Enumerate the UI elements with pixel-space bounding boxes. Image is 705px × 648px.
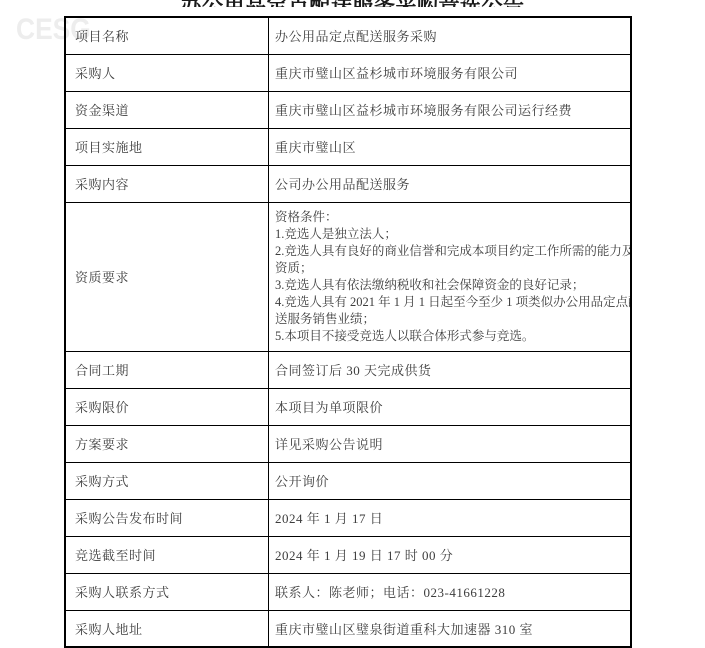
row-label: 采购内容 [65,165,269,202]
row-value: 资格条件： 1.竞选人是独立法人； 2.竞选人具有良好的商业信誉和完成本项目约定… [269,202,632,351]
row-value: 合同签订后 30 天完成供货 [269,351,632,388]
row-label: 采购人联系方式 [65,573,269,610]
qualification-line: 3.竞选人具有依法缴纳税收和社会保障资金的良好记录； [275,277,622,294]
row-value: 本项目为单项限价 [269,388,632,425]
row-label: 合同工期 [65,351,269,388]
row-value: 重庆市璧山区益杉城市环境服务有限公司运行经费 [269,91,632,128]
row-label: 采购限价 [65,388,269,425]
table-row: 采购人地址 重庆市璧山区璧泉街道重科大加速器 310 室 [65,610,631,647]
qualification-line: 4.竞选人具有 2021 年 1 月 1 日起至今至少 1 项类似办公用品定点配 [275,294,622,311]
row-label: 方案要求 [65,425,269,462]
qualification-line: 资质； [275,260,622,277]
table-row: 项目实施地 重庆市璧山区 [65,128,631,165]
row-label: 竞选截至时间 [65,536,269,573]
table-row: 采购人 重庆市璧山区益杉城市环境服务有限公司 [65,54,631,91]
row-value: 详见采购公告说明 [269,425,632,462]
table-row: 采购人联系方式 联系人：陈老师；电话：023-41661228 [65,573,631,610]
table-row: 采购公告发布时间 2024 年 1 月 17 日 [65,499,631,536]
row-label: 采购人 [65,54,269,91]
qualification-line: 1.竞选人是独立法人； [275,226,622,243]
table-row-qualifications: 资质要求 资格条件： 1.竞选人是独立法人； 2.竞选人具有良好的商业信誉和完成… [65,202,631,351]
row-value: 办公用品定点配送服务采购 [269,17,632,54]
table-row: 采购内容 公司办公用品配送服务 [65,165,631,202]
row-value: 公开询价 [269,462,632,499]
row-label: 项目名称 [65,17,269,54]
row-value: 联系人：陈老师；电话：023-41661228 [269,573,632,610]
table-row: 合同工期 合同签订后 30 天完成供货 [65,351,631,388]
table-row: 采购方式 公开询价 [65,462,631,499]
qualification-line: 5.本项目不接受竞选人以联合体形式参与竞选。 [275,328,622,345]
qualification-line: 2.竞选人具有良好的商业信誉和完成本项目约定工作所需的能力及 [275,243,622,260]
table-row: 资金渠道 重庆市璧山区益杉城市环境服务有限公司运行经费 [65,91,631,128]
row-value: 重庆市璧山区 [269,128,632,165]
qualification-line: 送服务销售业绩； [275,311,622,328]
row-value: 公司办公用品配送服务 [269,165,632,202]
table-row: 项目名称 办公用品定点配送服务采购 [65,17,631,54]
clipped-page-title: 办公用品定点配送服务采购竞选公告 [0,0,705,7]
qualification-line: 资格条件： [275,209,622,226]
table-row: 竞选截至时间 2024 年 1 月 19 日 17 时 00 分 [65,536,631,573]
row-value: 2024 年 1 月 19 日 17 时 00 分 [269,536,632,573]
row-label: 资质要求 [65,202,269,351]
row-label: 资金渠道 [65,91,269,128]
page-title-text: 办公用品定点配送服务采购竞选公告 [181,0,525,7]
row-label: 采购方式 [65,462,269,499]
row-label: 项目实施地 [65,128,269,165]
row-value: 重庆市璧山区璧泉街道重科大加速器 310 室 [269,610,632,647]
table-row: 方案要求 详见采购公告说明 [65,425,631,462]
row-value: 2024 年 1 月 17 日 [269,499,632,536]
row-label: 采购公告发布时间 [65,499,269,536]
table-row: 采购限价 本项目为单项限价 [65,388,631,425]
row-label: 采购人地址 [65,610,269,647]
row-value: 重庆市璧山区益杉城市环境服务有限公司 [269,54,632,91]
procurement-info-table: 项目名称 办公用品定点配送服务采购 采购人 重庆市璧山区益杉城市环境服务有限公司… [64,16,632,648]
